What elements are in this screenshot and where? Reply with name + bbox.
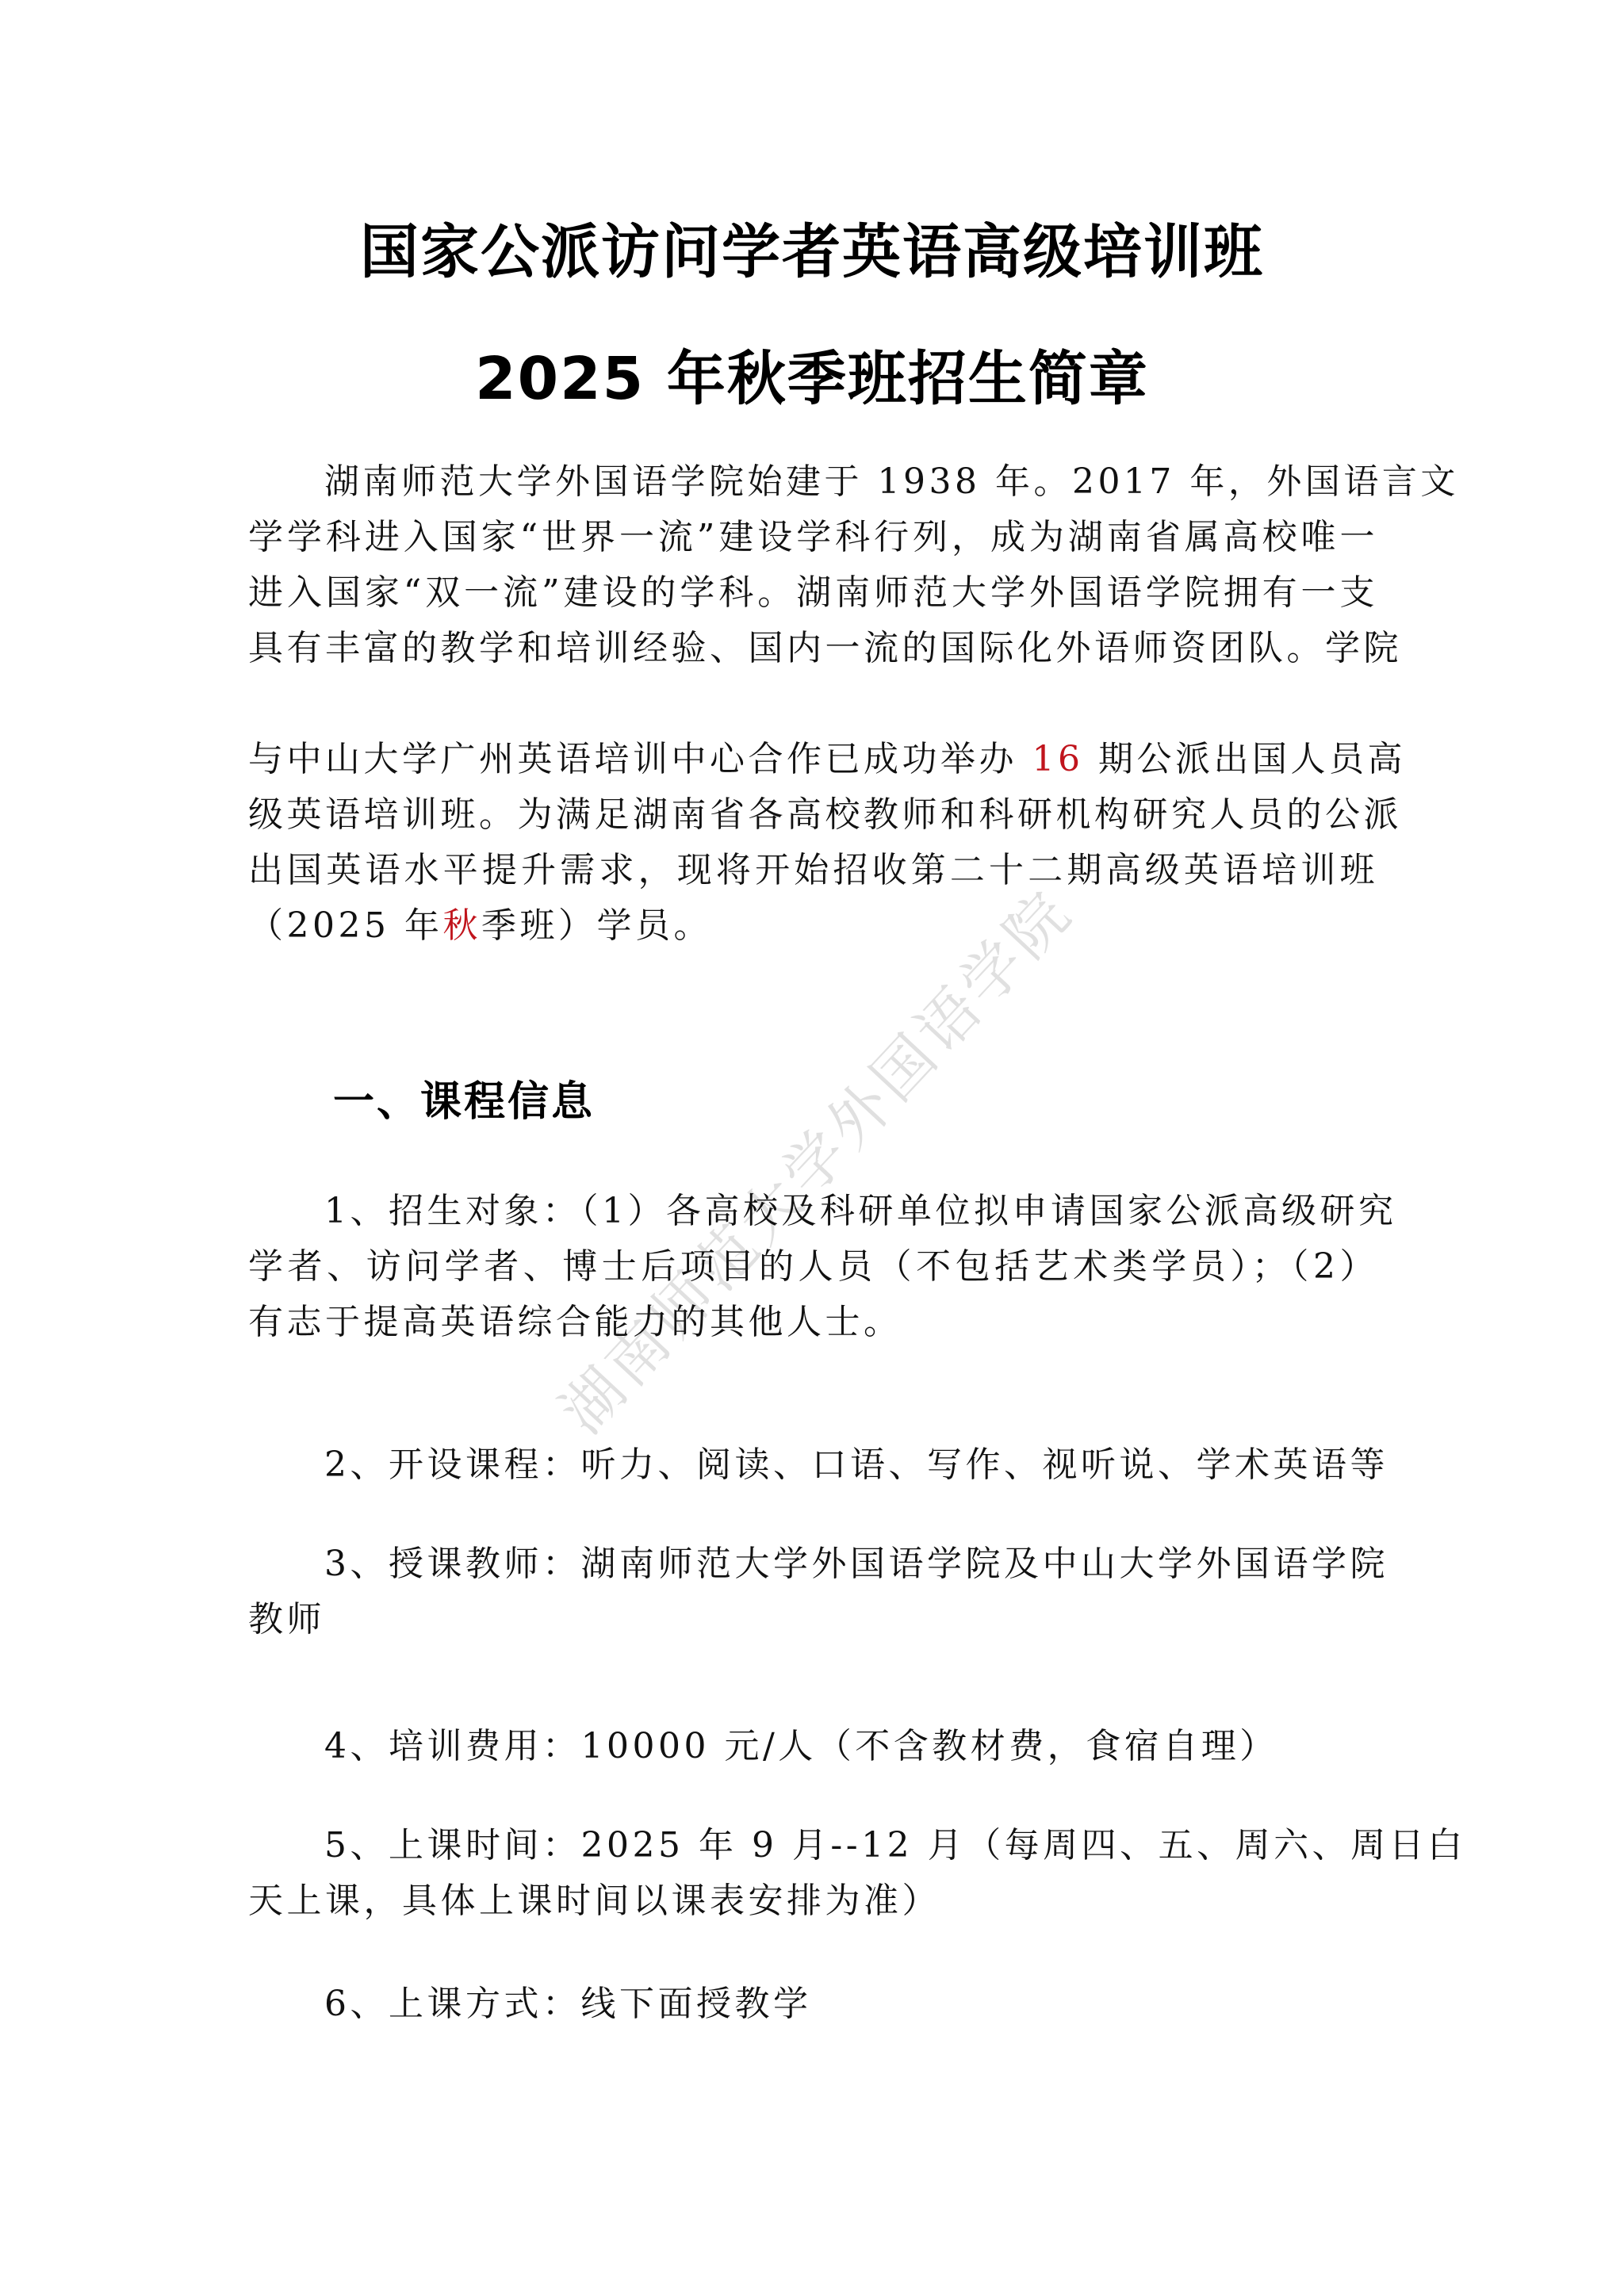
- intro-line: 与中山大学广州英语培训中心合作已成功举办 16 期公派出国人员高: [248, 736, 1378, 783]
- document-subtitle: 2025 年秋季班招生简章: [0, 343, 1624, 415]
- intro-line: （2025 年秋季班）学员。: [248, 902, 1378, 950]
- intro-line: 进入国家“双一流”建设的学科。湖南师范大学外国语学院拥有一支: [248, 569, 1378, 617]
- watermark: 湖南师范大学外国语学院: [537, 865, 1097, 1459]
- intro-text: 季班）学员。: [481, 905, 712, 946]
- item-line: 6、上课方式：线下面授教学: [324, 1980, 1378, 2028]
- session-count-highlight: 16: [1032, 739, 1084, 779]
- section-heading-course-info: 一、课程信息: [333, 1076, 595, 1128]
- season-highlight: 秋: [442, 905, 481, 946]
- item-line: 2、开设课程：听力、阅读、口语、写作、视听说、学术英语等: [324, 1441, 1378, 1489]
- item-line: 3、授课教师：湖南师范大学外国语学院及中山大学外国语学院: [324, 1540, 1378, 1588]
- intro-line: 出国英语水平提升需求，现将开始招收第二十二期高级英语培训班: [248, 847, 1378, 894]
- intro-text: 与中山大学广州英语培训中心合作已成功举办: [248, 739, 1032, 779]
- document-title: 国家公派访问学者英语高级培训班: [0, 216, 1624, 288]
- item-line: 教师: [248, 1596, 1378, 1644]
- item-line: 有志于提高英语综合能力的其他人士。: [248, 1299, 1378, 1346]
- item-line: 天上课，具体上课时间以课表安排为准）: [248, 1877, 1378, 1925]
- intro-text: 期公派出国人员高: [1084, 739, 1407, 779]
- intro-line: 具有丰富的教学和培训经验、国内一流的国际化外语师资团队。学院: [248, 625, 1378, 672]
- item-line: 学者、访问学者、博士后项目的人员（不包括艺术类学员）；（2）: [248, 1243, 1378, 1291]
- item-line: 5、上课时间：2025 年 9 月--12 月（每周四、五、周六、周日白: [324, 1822, 1378, 1869]
- intro-line: 级英语培训班。为满足湖南省各高校教师和科研机构研究人员的公派: [248, 791, 1378, 839]
- intro-line: 学学科进入国家“世界一流”建设学科行列，成为湖南省属高校唯一: [248, 514, 1378, 561]
- intro-text: （2025 年: [248, 905, 442, 946]
- intro-line: 湖南师范大学外国语学院始建于 1938 年。2017 年，外国语言文: [324, 458, 1378, 506]
- item-line: 1、招生对象：（1）各高校及科研单位拟申请国家公派高级研究: [324, 1188, 1378, 1235]
- item-line: 4、培训费用：10000 元/人（不含教材费，食宿自理）: [324, 1723, 1378, 1770]
- document-page: 湖南师范大学外国语学院 国家公派访问学者英语高级培训班 2025 年秋季班招生简…: [0, 0, 1624, 2296]
